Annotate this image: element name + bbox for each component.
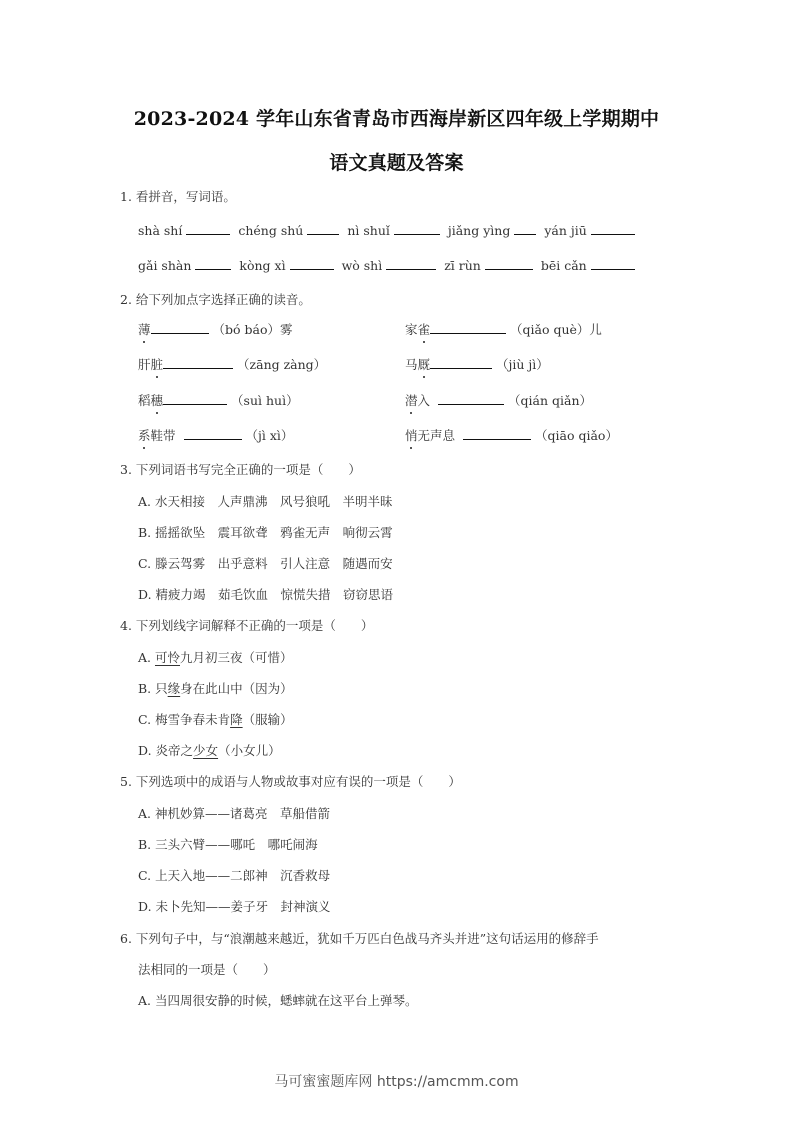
footer-watermark: 马可蜜蜜题库网 https://amcmm.com: [0, 1071, 793, 1091]
dotted-char: 雀: [418, 320, 431, 338]
question-4-option-b[interactable]: B. 只缘身在此山中（因为）: [138, 679, 293, 697]
pronunciation-choices: （jiù jì）: [496, 357, 549, 372]
answer-blank[interactable]: [184, 427, 242, 440]
q2-item-3: 肝脏（zāng zàng）: [138, 355, 326, 373]
answer-blank[interactable]: [195, 257, 231, 270]
question-2-stem: 2. 给下列加点字选择正确的读音。: [120, 290, 311, 308]
dotted-char: 薄: [138, 320, 151, 338]
underlined-word: 少女: [193, 743, 218, 758]
q2-item-4: 马厩（jiù jì）: [405, 355, 549, 373]
pronunciation-choices: （zāng zàng）: [237, 357, 326, 372]
pronunciation-choices: （qián qiǎn）: [508, 393, 592, 408]
pronunciation-choices: （bó báo）雾: [213, 322, 293, 337]
question-3-option-a[interactable]: A. 水天相接 人声鼎沸 风号狼吼 半明半昧: [138, 492, 392, 510]
pinyin: shà shí: [138, 223, 182, 238]
pinyin: gǎi shàn: [138, 258, 191, 273]
question-5-option-c[interactable]: C. 上天入地——二郎神 沉香救母: [138, 866, 330, 884]
question-3-option-b[interactable]: B. 摇摇欲坠 震耳欲聋 鸦雀无声 响彻云霄: [138, 523, 393, 541]
question-6-option-a[interactable]: A. 当四周很安静的时候，蟋蟀就在这平台上弹琴。: [138, 991, 417, 1009]
question-1-row1: shà shí chéng shú nì shuǐ jiǎng yìng yán…: [138, 222, 639, 238]
pronunciation-choices: （jì xì）: [246, 428, 294, 443]
question-4-stem: 4. 下列划线字词解释不正确的一项是（ ）: [120, 616, 373, 634]
dotted-char: 系: [138, 426, 151, 444]
pinyin: jiǎng yìng: [448, 223, 510, 238]
question-3-stem: 3. 下列词语书写完全正确的一项是（ ）: [120, 460, 361, 478]
dotted-char: 厩: [418, 355, 431, 373]
question-6-stem-line2: 法相同的一项是（ ）: [138, 960, 276, 978]
answer-blank[interactable]: [307, 222, 339, 235]
pinyin: kòng xì: [239, 258, 285, 273]
question-4-option-c[interactable]: C. 梅雪争春未肯降（服输）: [138, 710, 293, 728]
answer-blank[interactable]: [591, 222, 635, 235]
answer-blank[interactable]: [163, 392, 227, 405]
question-5-stem: 5. 下列选项中的成语与人物或故事对应有误的一项是（ ）: [120, 772, 461, 790]
q2-item-6: 潜入（qián qiǎn）: [405, 391, 592, 409]
dotted-char: 穗: [151, 391, 164, 409]
pinyin: nì shuǐ: [347, 223, 390, 238]
pinyin: chéng shú: [238, 223, 303, 238]
question-3-option-d[interactable]: D. 精疲力竭 茹毛饮血 惊慌失措 窃窃思语: [138, 585, 393, 603]
underlined-word: 缘: [168, 681, 181, 696]
underlined-word: 可怜: [155, 650, 180, 665]
answer-blank[interactable]: [386, 257, 436, 270]
answer-blank[interactable]: [438, 392, 504, 405]
document-title-line2: 语文真题及答案: [0, 148, 793, 175]
answer-blank[interactable]: [485, 257, 533, 270]
q2-item-2: 家雀（qiǎo què）儿: [405, 320, 602, 338]
question-1-stem: 1. 看拼音，写词语。: [120, 187, 236, 205]
dotted-char: 潜: [405, 391, 418, 409]
pinyin: bēi cǎn: [541, 258, 587, 273]
question-4-option-a[interactable]: A. 可怜九月初三夜（可惜）: [138, 648, 293, 666]
answer-blank[interactable]: [151, 321, 209, 334]
q2-item-7: 系鞋带（jì xì）: [138, 426, 293, 444]
question-5-option-a[interactable]: A. 神机妙算——诸葛亮 草船借箭: [138, 804, 330, 822]
underlined-word: 降: [230, 712, 243, 727]
answer-blank[interactable]: [463, 427, 531, 440]
answer-blank[interactable]: [290, 257, 334, 270]
question-4-option-d[interactable]: D. 炎帝之少女（小女儿）: [138, 741, 281, 759]
answer-blank[interactable]: [186, 222, 230, 235]
question-3-option-c[interactable]: C. 滕云驾雾 出乎意料 引人注意 随遇而安: [138, 554, 393, 572]
answer-blank[interactable]: [591, 257, 635, 270]
pinyin: yán jiū: [544, 223, 586, 238]
document-title-line1: 2023-2024 学年山东省青岛市西海岸新区四年级上学期期中: [0, 104, 793, 131]
pronunciation-choices: （qiāo qiǎo）: [535, 428, 618, 443]
answer-blank[interactable]: [430, 321, 506, 334]
question-1-row2: gǎi shàn kòng xì wò shì zī rùn bēi cǎn: [138, 257, 639, 273]
dotted-char: 悄: [405, 426, 418, 444]
pronunciation-choices: （suì huì）: [231, 393, 299, 408]
question-5-option-d[interactable]: D. 未卜先知——姜子牙 封神演义: [138, 897, 331, 915]
q2-item-8: 悄无声息（qiāo qiǎo）: [405, 426, 618, 444]
q2-item-5: 稻穗（suì huì）: [138, 391, 299, 409]
q2-item-1: 薄（bó báo）雾: [138, 320, 293, 338]
question-5-option-b[interactable]: B. 三头六臂——哪吒 哪吒闹海: [138, 835, 318, 853]
pronunciation-choices: （qiǎo què）儿: [510, 322, 602, 337]
answer-blank[interactable]: [394, 222, 440, 235]
answer-blank[interactable]: [163, 356, 233, 369]
answer-blank[interactable]: [514, 222, 536, 235]
question-6-stem-line1: 6. 下列句子中，与“浪潮越来越近，犹如千万匹白色战马齐头并进”这句话运用的修辞…: [120, 929, 599, 947]
dotted-char: 脏: [151, 355, 164, 373]
answer-blank[interactable]: [430, 356, 492, 369]
pinyin: wò shì: [342, 258, 383, 273]
pinyin: zī rùn: [444, 258, 481, 273]
